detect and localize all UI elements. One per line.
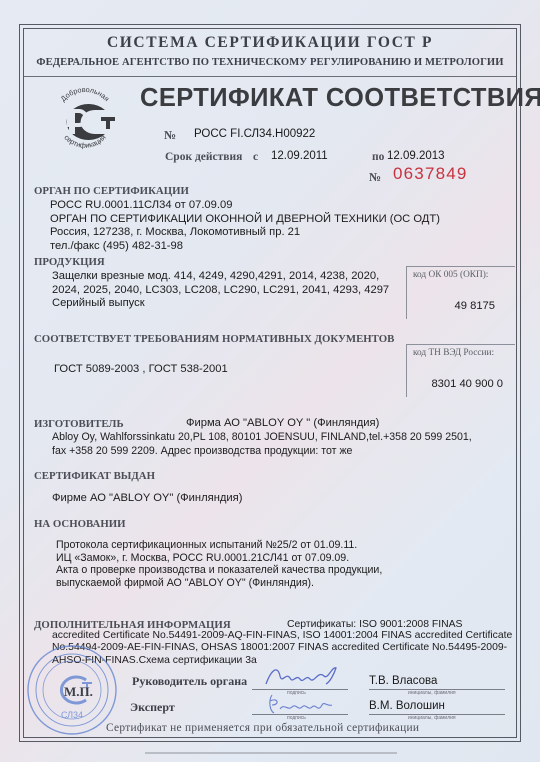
products-line: Защелки врезные мод. 414, 4249, 4290,429…	[52, 270, 389, 284]
section-title-manufacturer: ИЗГОТОВИТЕЛЬ	[34, 418, 124, 430]
serial-number: 0637849	[393, 164, 468, 184]
cert-body-details: РОСС RU.0001.11СЛ34 от 07.09.09 ОРГАН ПО…	[50, 199, 440, 253]
tnved-code-value: 8301 40 900 0	[431, 378, 503, 390]
manufacturer-line: Abloy Oy, Wahlforssinkatu 20,PL 108, 801…	[52, 431, 472, 445]
cert-body-line: тел./факс (495) 482-31-98	[50, 240, 440, 254]
certificate-title: СЕРТИФИКАТ СООТВЕТСТВИЯ	[140, 84, 540, 113]
section-title-basis: НА ОСНОВАНИИ	[34, 518, 126, 530]
seal-label: М.П.	[64, 684, 93, 700]
reg-number: РОСС FI.СЛ34.Н00922	[194, 128, 315, 140]
valid-to: 12.09.2013	[387, 150, 445, 162]
cert-body-line: Россия, 127238, г. Москва, Локомотивный …	[50, 226, 440, 240]
tnved-code-box: код ТН ВЭД России: 8301 40 900 0	[406, 344, 515, 397]
head-label: Руководитель органа	[132, 674, 247, 689]
basis-line: Протокола сертификационных испытаний №25…	[56, 539, 382, 552]
section-title-issued-to: СЕРТИФИКАТ ВЫДАН	[34, 470, 155, 482]
section-title-conformity: СООТВЕТСТВУЕТ ТРЕБОВАНИЯМ НОРМАТИВНЫХ ДО…	[34, 333, 394, 345]
serial-label: №	[369, 170, 381, 185]
basis-line: выпускаемой фирмой АО "ABLOY OY" (Финлян…	[56, 577, 382, 590]
okp-code-box: код ОК 005 (ОКП): 49 8175	[406, 266, 515, 319]
products-details: Защелки врезные мод. 414, 4249, 4290,429…	[52, 270, 389, 311]
section-title-products: ПРОДУКЦИЯ	[34, 256, 105, 268]
expert-name: В.М. Волошин	[369, 700, 445, 712]
svg-text:СЛ34: СЛ34	[61, 710, 83, 720]
expert-label: Эксперт	[130, 700, 175, 715]
header-divider	[24, 76, 516, 77]
issued-to-value: Фирме АО "ABLOY OY" (Финляндия)	[52, 492, 242, 506]
valid-to-label: по	[372, 151, 384, 163]
valid-from: 12.09.2011	[271, 150, 328, 162]
okp-code-label: код ОК 005 (ОКП):	[413, 270, 488, 280]
head-name: Т.В. Власова	[369, 675, 437, 687]
head-name-caption: инициалы, фамилия	[408, 690, 456, 696]
reg-number-label: №	[164, 128, 176, 143]
system-title: СИСТЕМА СЕРТИФИКАЦИИ ГОСТ Р	[0, 34, 540, 52]
rst-voluntary-certification-logo-icon: Добровольная сертификация	[47, 82, 123, 158]
products-line: 2024, 2025, 2040, LC303, LC208, LC290, L…	[52, 284, 389, 298]
section-title-cert-body: ОРГАН ПО СЕРТИФИКАЦИИ	[34, 185, 189, 197]
footer-note: Сертификат не применяется при обязательн…	[106, 722, 419, 734]
agency-name: ФЕДЕРАЛЬНОЕ АГЕНТСТВО ПО ТЕХНИЧЕСКОМУ РЕ…	[0, 57, 540, 68]
printer-imprint	[145, 752, 397, 754]
cert-body-line: РОСС RU.0001.11СЛ34 от 07.09.09	[50, 199, 440, 213]
additional-info-line: No.54494-2009-AE-FIN-FINAS, OHSAS 18001:…	[52, 642, 512, 654]
basis-line: ИЦ «Замок», г. Москва, РОСС RU.0001.21СЛ…	[56, 552, 382, 565]
valid-from-label: с	[253, 151, 258, 163]
tnved-code-label: код ТН ВЭД России:	[413, 348, 494, 358]
additional-info-line: accredited Certificate No.54491-2009-AQ-…	[52, 630, 512, 642]
basis-details: Протокола сертификационных испытаний №25…	[56, 539, 382, 589]
cert-body-line: ОРГАН ПО СЕРТИФИКАЦИИ ОКОННОЙ И ДВЕРНОЙ …	[50, 213, 440, 227]
manufacturer-address: Abloy Oy, Wahlforssinkatu 20,PL 108, 801…	[52, 431, 472, 458]
basis-line: Акта о проверке производства и показател…	[56, 564, 382, 577]
manufacturer-line: fax +358 20 599 2209. Адрес производства…	[52, 445, 472, 459]
expert-signature-icon	[262, 691, 342, 717]
manufacturer-name: Фирма АО "ABLOY OY " (Финляндия)	[186, 417, 379, 431]
okp-code-value: 49 8175	[455, 300, 495, 312]
products-line: Серийный выпуск	[52, 297, 389, 311]
standards: ГОСТ 5089-2003 , ГОСТ 538-2001	[54, 363, 228, 377]
validity-label: Срок действия	[165, 151, 242, 163]
expert-name-caption: инициалы, фамилия	[408, 715, 456, 721]
svg-text:Добровольная: Добровольная	[59, 85, 112, 103]
head-signature-icon	[262, 662, 342, 690]
